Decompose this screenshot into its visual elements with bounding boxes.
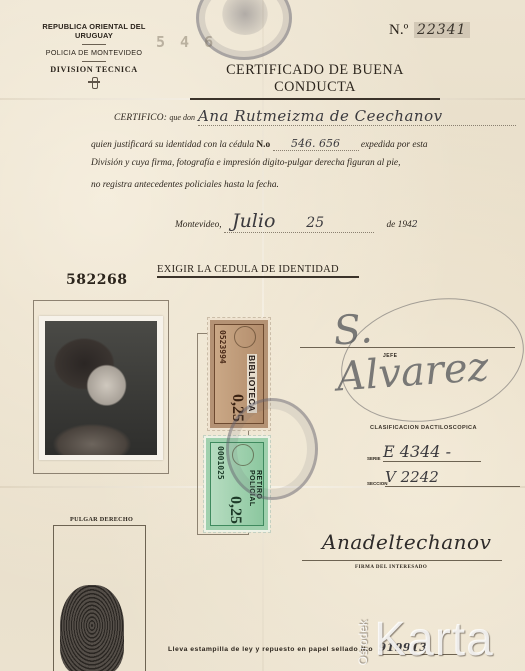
- exigir-notice: EXIGIR LA CEDULA DE IDENTIDAD: [157, 264, 359, 278]
- clasificacion-label: CLASIFICACION DACTILOSCOPICA: [370, 425, 477, 431]
- jefe-signature-line: [300, 347, 515, 348]
- country-name: REPUBLICA ORIENTAL DEL URUGUAY: [24, 22, 164, 40]
- emblem-icon: [86, 76, 102, 88]
- jefe-signature: S. Alvarez: [332, 295, 525, 400]
- police-seal-top: [196, 0, 292, 60]
- cedula-number: 546. 656: [273, 137, 359, 151]
- body-line-1: CERTIFICO: que don: [114, 113, 195, 123]
- certificate-page: REPUBLICA ORIENTAL DEL URUGUAY POLICIA D…: [0, 0, 525, 671]
- firma-label: FIRMA DEL INTERESADO: [355, 565, 427, 570]
- division-name: DIVISION TECNICA: [24, 65, 164, 74]
- issuer-header: REPUBLICA ORIENTAL DEL URUGUAY POLICIA D…: [24, 22, 164, 88]
- date-month: Julio: [224, 210, 374, 233]
- date-year-digit: 2: [412, 219, 418, 230]
- date-day: 25: [306, 215, 324, 231]
- holder-signature: Anadeltechanov: [322, 530, 491, 554]
- document-title: CERTIFICADO DE BUENA CONDUCTA: [190, 62, 440, 100]
- serie-value: E 4344 -: [383, 442, 481, 462]
- body-line-3: División y cuya firma, fotografía e impr…: [91, 158, 400, 168]
- holder-name: Ana Rutmeizma de Ceechanov: [198, 107, 516, 126]
- seccion-value: V 2242: [385, 468, 520, 487]
- jefe-label: JEFE: [383, 353, 398, 359]
- perforated-number: 5 4 6: [156, 33, 216, 51]
- police-seal-stamp: [226, 398, 318, 500]
- watermark-main: Karta: [374, 612, 494, 667]
- watermark-side: Ośrodek: [356, 620, 370, 665]
- agency-name: POLICIA DE MONTEVIDEO: [24, 48, 164, 57]
- serial-number: 582268: [66, 272, 127, 288]
- body-line-4: no registra antecedentes policiales hast…: [91, 180, 279, 190]
- place-date: Montevideo, Julio 25 de 1942: [175, 210, 418, 233]
- holder-photo: [39, 316, 163, 460]
- thumb-label: PULGAR DERECHO: [70, 516, 133, 523]
- number-label: N.º: [389, 22, 408, 38]
- number-value: 22341: [414, 22, 470, 38]
- certificate-number: N.º 22341: [389, 22, 470, 39]
- holder-signature-line: [302, 560, 502, 561]
- serie-label: SERIE: [367, 456, 381, 461]
- thumbprint: [60, 585, 124, 671]
- body-line-2: quien justificará su identidad con la cé…: [91, 137, 428, 151]
